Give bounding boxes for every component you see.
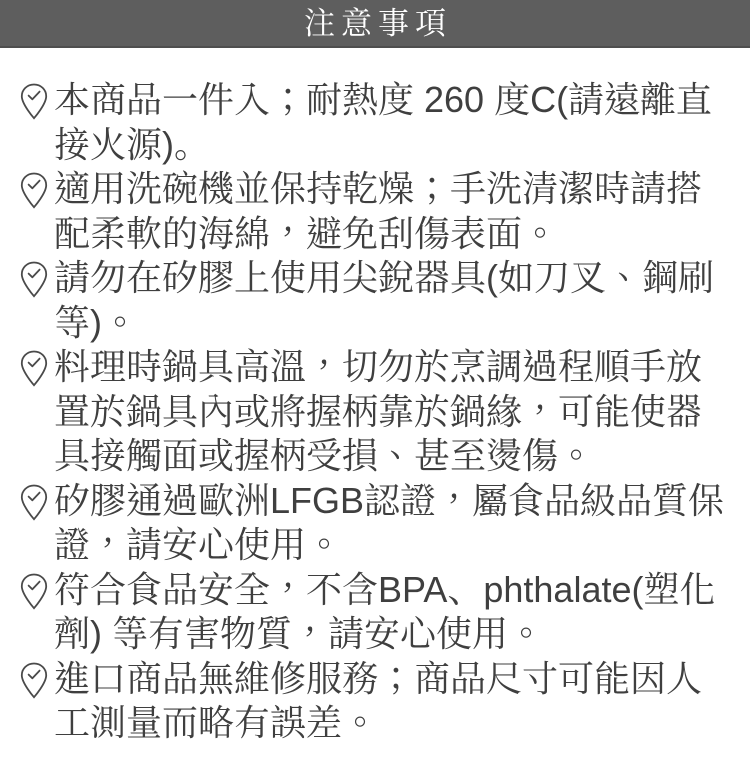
check-pin-icon (20, 484, 54, 521)
notice-list: 本商品一件入；耐熱度 260 度C(請遠離直接火源)。 適用洗碗機並保持乾燥；手… (0, 48, 750, 746)
check-pin-icon (20, 573, 54, 610)
page-title: 注意事項 (298, 8, 452, 39)
check-pin-icon (20, 261, 54, 298)
notice-text: 本商品一件入；耐熱度 260 度C(請遠離直接火源)。 (54, 78, 736, 167)
notice-item: 矽膠通過歐洲LFGB認證，屬食品級品質保證，請安心使用。 (20, 479, 736, 568)
notice-header-bar: 注意事項 (0, 0, 750, 48)
notice-text: 符合食品安全，不含BPA、phthalate(塑化劑) 等有害物質，請安心使用。 (54, 568, 736, 657)
notice-item: 請勿在矽膠上使用尖銳器具(如刀叉、鋼刷等)。 (20, 256, 736, 345)
notice-item: 適用洗碗機並保持乾燥；手洗清潔時請搭配柔軟的海綿，避免刮傷表面。 (20, 167, 736, 256)
notice-item: 料理時鍋具高溫，切勿於烹調過程順手放置於鍋具內或將握柄靠於鍋緣，可能使器具接觸面… (20, 345, 736, 479)
check-pin-icon (20, 662, 54, 699)
notice-text: 矽膠通過歐洲LFGB認證，屬食品級品質保證，請安心使用。 (54, 479, 736, 568)
notice-item: 符合食品安全，不含BPA、phthalate(塑化劑) 等有害物質，請安心使用。 (20, 568, 736, 657)
notice-item: 進口商品無維修服務；商品尺寸可能因人工測量而略有誤差。 (20, 657, 736, 746)
notice-text: 適用洗碗機並保持乾燥；手洗清潔時請搭配柔軟的海綿，避免刮傷表面。 (54, 167, 736, 256)
notice-text: 料理時鍋具高溫，切勿於烹調過程順手放置於鍋具內或將握柄靠於鍋緣，可能使器具接觸面… (54, 345, 736, 479)
check-pin-icon (20, 83, 54, 120)
notice-text: 請勿在矽膠上使用尖銳器具(如刀叉、鋼刷等)。 (54, 256, 736, 345)
check-pin-icon (20, 172, 54, 209)
notice-text: 進口商品無維修服務；商品尺寸可能因人工測量而略有誤差。 (54, 657, 736, 746)
notice-item: 本商品一件入；耐熱度 260 度C(請遠離直接火源)。 (20, 78, 736, 167)
check-pin-icon (20, 350, 54, 387)
